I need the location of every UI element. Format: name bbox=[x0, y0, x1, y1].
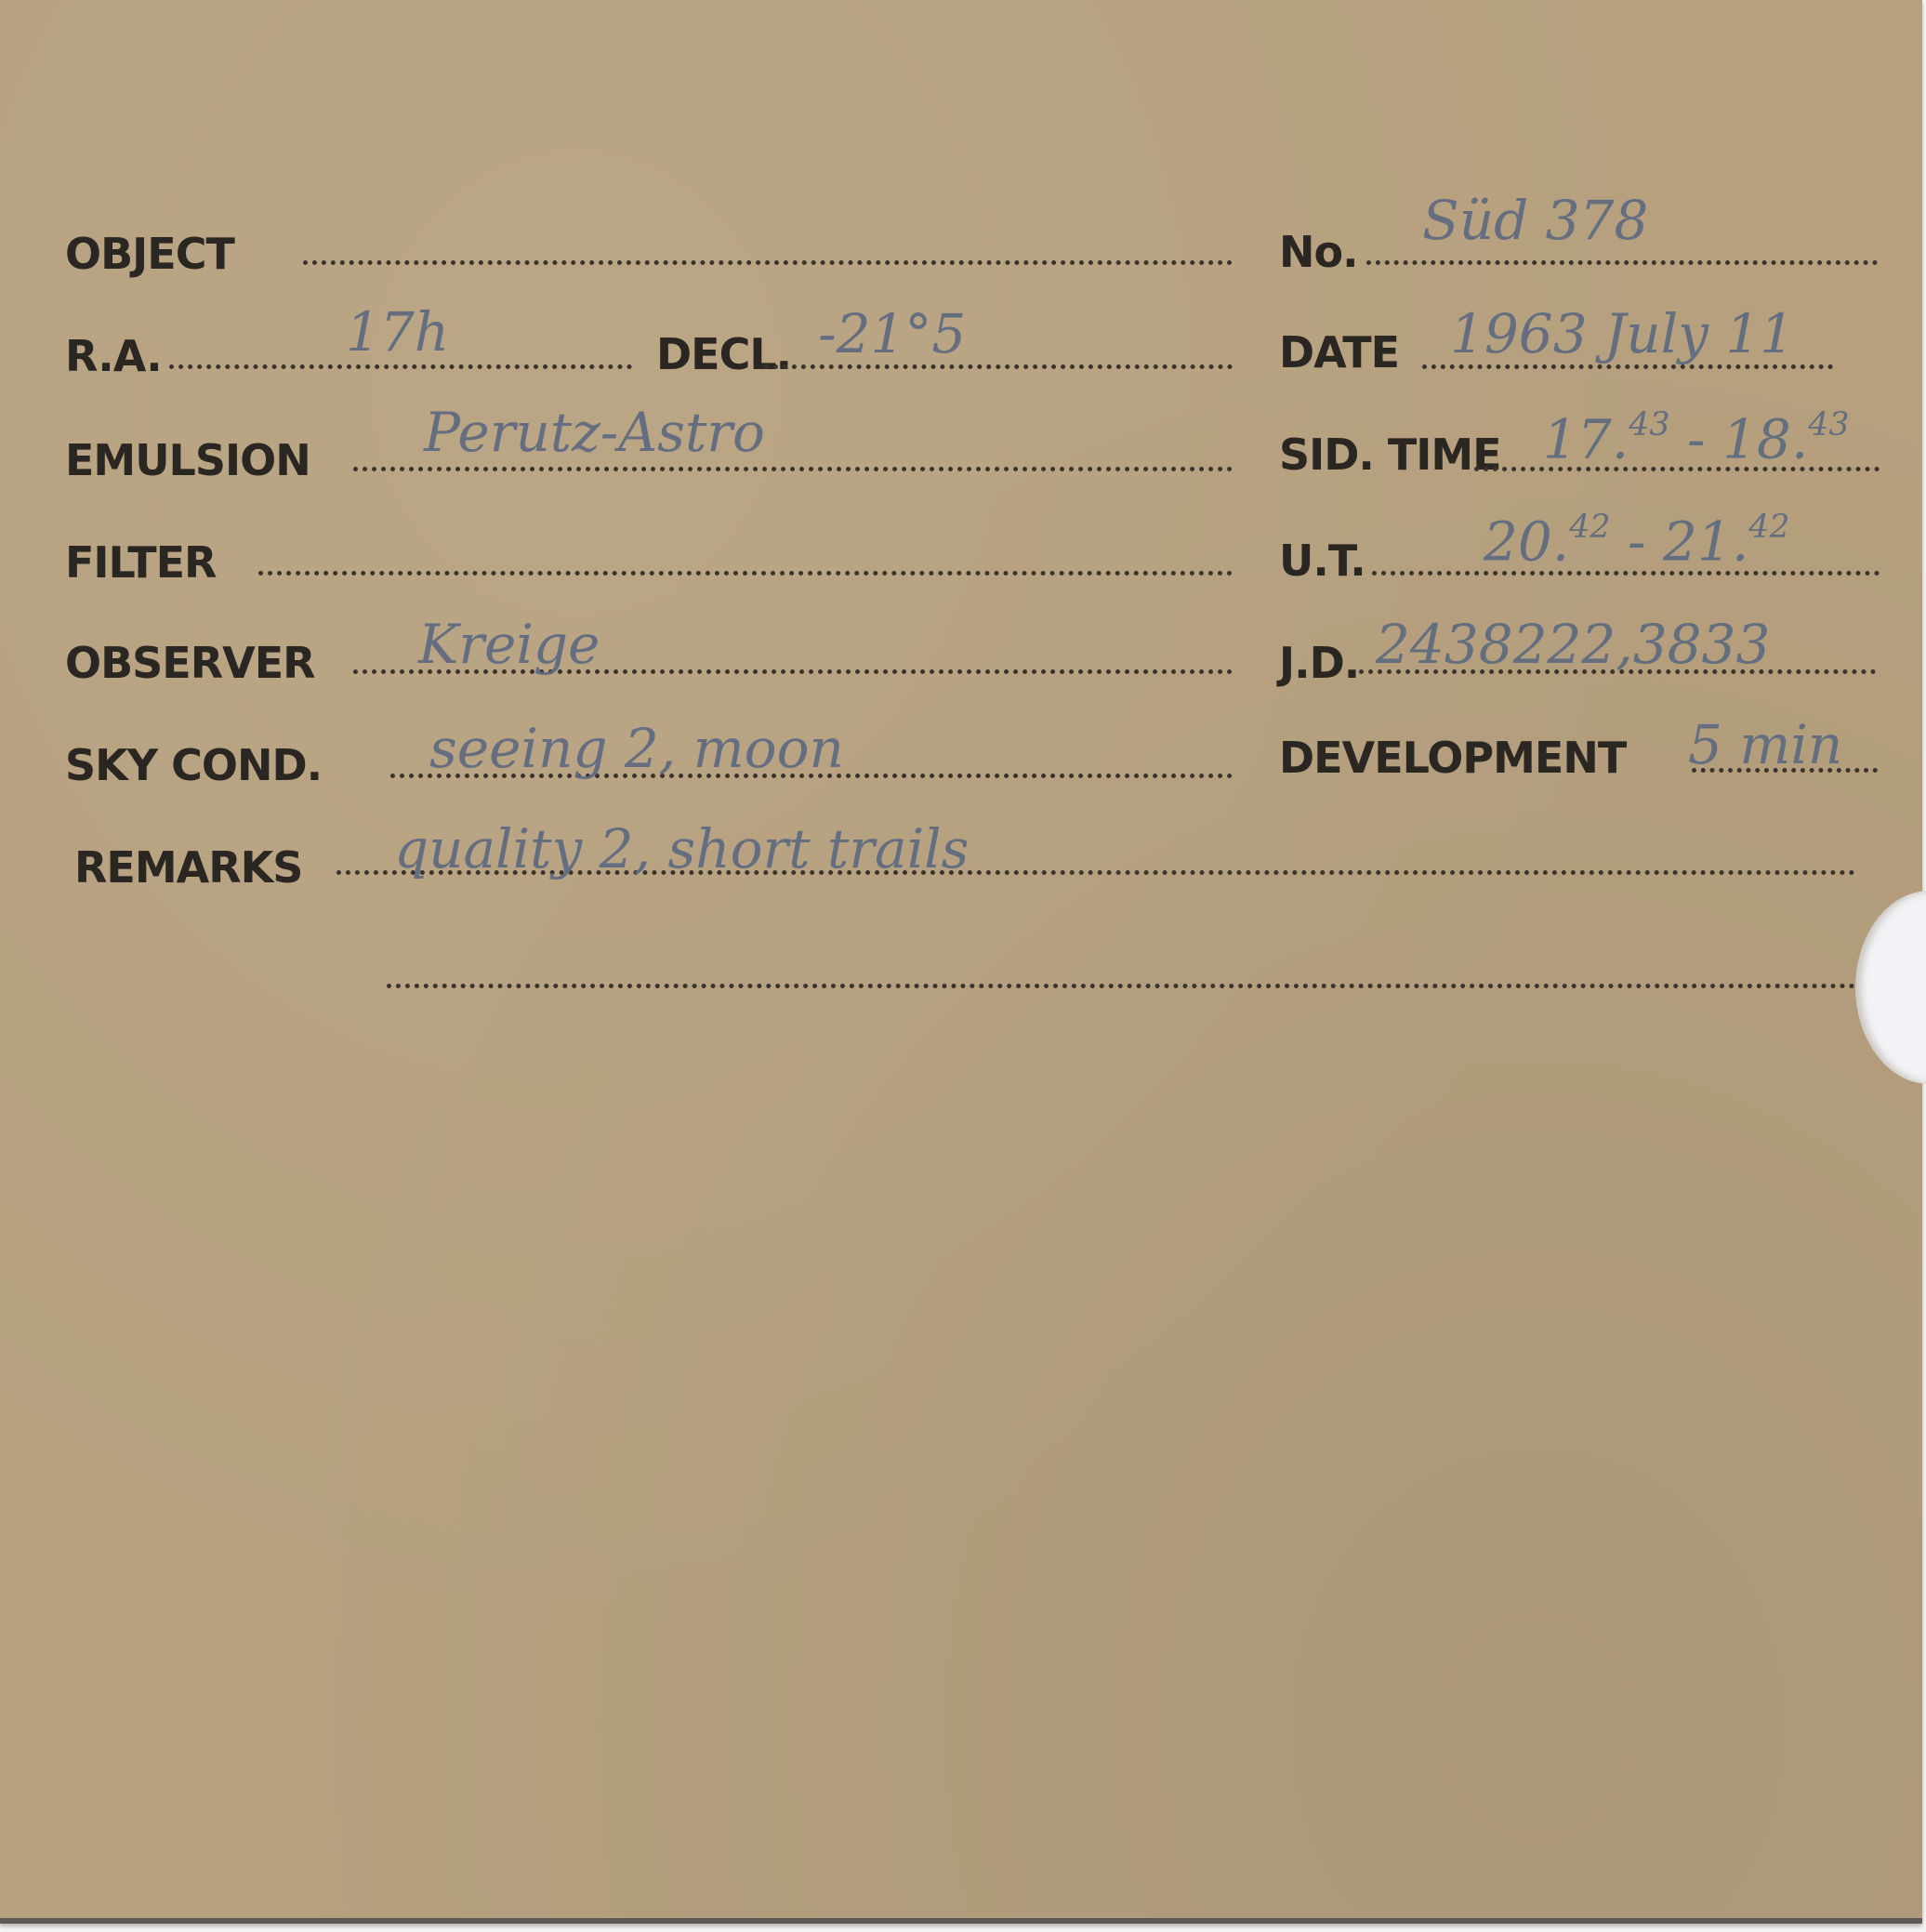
remarks-extra-line[interactable] bbox=[387, 984, 1855, 988]
emulsion-value: Perutz-Astro bbox=[424, 405, 765, 459]
sid-time-start: 17. bbox=[1543, 407, 1629, 470]
sid-time-separator: - bbox=[1670, 407, 1722, 470]
ut-separator: - bbox=[1611, 509, 1663, 573]
sid-time-end-minutes: 43 bbox=[1808, 406, 1849, 443]
plate-envelope: OBJECT No. Süd 378 R.A. 17h DECL. -21°5 … bbox=[0, 0, 1922, 1924]
development-label: DEVELOPMENT bbox=[1279, 736, 1626, 779]
sid-time-label: SID. TIME bbox=[1279, 433, 1501, 476]
no-label: No. bbox=[1279, 231, 1358, 273]
decl-value: -21°5 bbox=[818, 307, 966, 361]
no-field-line[interactable] bbox=[1366, 260, 1878, 265]
object-field-line[interactable] bbox=[303, 260, 1233, 265]
remarks-label: REMARKS bbox=[74, 846, 302, 889]
sid-time-value: 17.43 - 18.43 bbox=[1543, 409, 1850, 466]
date-value: 1963 July 11 bbox=[1450, 307, 1794, 361]
sid-time-start-minutes: 43 bbox=[1629, 406, 1669, 443]
ut-start: 20. bbox=[1484, 509, 1569, 573]
ut-label: U.T. bbox=[1279, 539, 1365, 582]
ra-field-line[interactable] bbox=[169, 364, 632, 369]
no-value: Süd 378 bbox=[1422, 193, 1648, 247]
sky-cond-label: SKY COND. bbox=[65, 744, 322, 787]
ut-value: 20.42 - 21.42 bbox=[1484, 511, 1790, 568]
thumb-notch-cutout bbox=[1855, 891, 1926, 1084]
ut-start-minutes: 42 bbox=[1569, 509, 1610, 546]
observer-label: OBSERVER bbox=[65, 642, 315, 684]
ut-end-minutes: 42 bbox=[1748, 509, 1789, 546]
ut-end: 21. bbox=[1663, 509, 1748, 573]
date-label: DATE bbox=[1279, 331, 1399, 374]
remarks-value: quality 2, short trails bbox=[394, 822, 969, 876]
filter-label: FILTER bbox=[65, 541, 216, 584]
decl-label: DECL. bbox=[656, 333, 791, 376]
emulsion-label: EMULSION bbox=[65, 439, 310, 482]
ra-label: R.A. bbox=[65, 335, 162, 377]
object-label: OBJECT bbox=[65, 232, 234, 275]
sky-cond-value: seeing 2, moon bbox=[429, 721, 844, 775]
observer-value: Kreige bbox=[418, 617, 600, 671]
development-value: 5 min bbox=[1688, 718, 1842, 772]
emulsion-field-line[interactable] bbox=[353, 467, 1233, 471]
sid-time-end: 18. bbox=[1722, 407, 1808, 470]
ra-value: 17h bbox=[346, 305, 449, 359]
filter-field-line[interactable] bbox=[258, 571, 1233, 576]
jd-value: 2438222,3833 bbox=[1376, 617, 1770, 671]
jd-label: J.D. bbox=[1279, 642, 1359, 684]
